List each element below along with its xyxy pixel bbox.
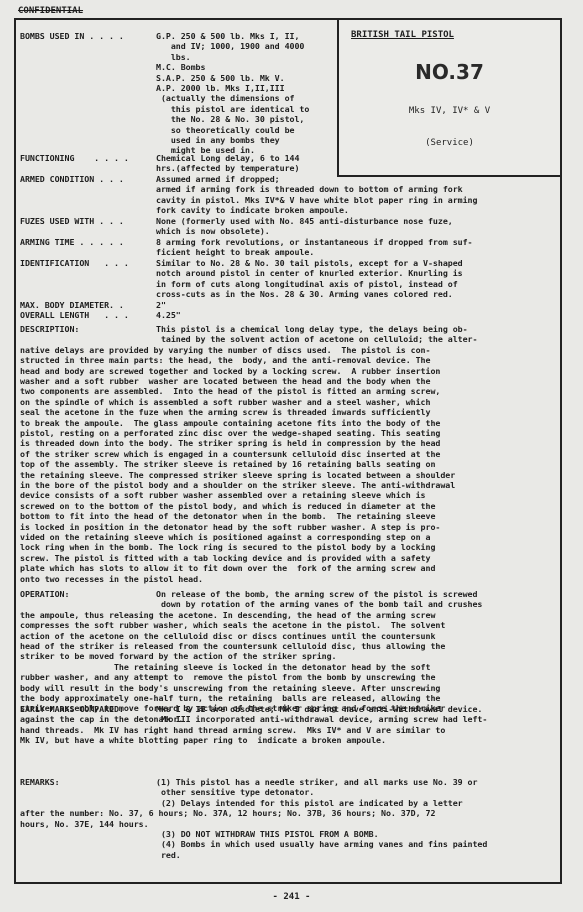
section-line: plate which has slots to allow it to fit… bbox=[20, 563, 435, 573]
section-label: REMARKS: bbox=[20, 777, 60, 787]
section-line: tained by the solvent action of acetone … bbox=[156, 334, 477, 344]
spec-label: BOMBS USED IN . . . . bbox=[20, 31, 124, 41]
spec-value: None (formerly used with No. 845 anti-di… bbox=[156, 216, 453, 237]
section-line: head of the striker is released from the… bbox=[20, 641, 445, 651]
spec-label: FUNCTIONING . . . . bbox=[20, 153, 129, 163]
page-number: - 241 - bbox=[0, 892, 583, 902]
spec-value: Similar to No. 28 & No. 30 tail pistols,… bbox=[156, 258, 463, 300]
section-line: (2) Delays intended for this pistol are … bbox=[156, 798, 463, 808]
section-line: the body approximately one-half turn, th… bbox=[20, 693, 440, 703]
section-line: the retaining sleeve. The compressed str… bbox=[20, 470, 455, 480]
section-line: vided on the retaining sleeve which is p… bbox=[20, 532, 430, 542]
section-line: is threaded down into the body. The stri… bbox=[20, 438, 440, 448]
section-line: is locked in position in the detonator h… bbox=[20, 522, 440, 532]
spec-label: IDENTIFICATION . . . bbox=[20, 258, 129, 268]
section-line: in the bore of the pistol body and a sho… bbox=[20, 480, 455, 490]
section-line: This pistol is a chemical long delay typ… bbox=[156, 324, 468, 334]
spec-value: Assumed armed if dropped; armed if armin… bbox=[156, 174, 477, 216]
section-line: bottom to fit into the head of the deton… bbox=[20, 511, 435, 521]
section-line: on the spindle of which is assembled a s… bbox=[20, 397, 430, 407]
title-marks: Mks IV, IV* & V bbox=[339, 106, 560, 116]
section-line: of the striker screw which is engaged in… bbox=[20, 449, 440, 459]
section-line: (1) This pistol has a needle striker, an… bbox=[156, 777, 477, 787]
section-line: head and body are screwed together and l… bbox=[20, 366, 440, 376]
spec-label: OVERALL LENGTH . . . bbox=[20, 310, 129, 320]
spec-value: Chemical Long delay, 6 to 144 hrs.(affec… bbox=[156, 153, 299, 174]
title-number: NO.37 bbox=[339, 60, 560, 84]
section-line: device consists of a soft rubber washer … bbox=[20, 490, 426, 500]
section-line: down by rotation of the arming vanes of … bbox=[156, 599, 482, 609]
spec-value: G.P. 250 & 500 lb. Mks I, II, and IV; 10… bbox=[156, 31, 309, 156]
section-line: (4) Bombs in which used usually have arm… bbox=[156, 839, 487, 849]
spec-label: ARMED CONDITION . . . bbox=[20, 174, 124, 184]
section-line: The retaining sleeve is locked in the de… bbox=[20, 662, 430, 672]
title-category: BRITISH TAIL PISTOL bbox=[351, 30, 454, 40]
spec-value: 8 arming fork revolutions, or instantane… bbox=[156, 237, 473, 258]
section-line: other sensitive type detonator. bbox=[156, 787, 314, 797]
section-line: striker to be moved forward by the actio… bbox=[20, 651, 337, 661]
section-line: lock ring when in the bomb. The lock rin… bbox=[20, 542, 435, 552]
section-line: two components are assembled. Into the h… bbox=[20, 386, 440, 396]
section-line: compresses the soft rubber washer, which… bbox=[20, 620, 445, 630]
section-line: body will result in the body's unscrewin… bbox=[20, 683, 440, 693]
section-label: OPERATION: bbox=[20, 589, 69, 599]
section-line: washer and a soft rubber washer are loca… bbox=[20, 376, 430, 386]
section-line: red. bbox=[156, 850, 181, 860]
section-line: pistol, resting on a perforated zinc dis… bbox=[20, 428, 440, 438]
section-line: onto two recesses in the pistol head. bbox=[20, 574, 203, 584]
title-box: BRITISH TAIL PISTOL NO.37 Mks IV, IV* & … bbox=[337, 18, 562, 177]
section-line: screwed on to the bottom of the pistol b… bbox=[20, 501, 435, 511]
section-line: (3) DO NOT WITHDRAW THIS PISTOL FROM A B… bbox=[156, 829, 379, 839]
section-line: screw. The pistol is fitted with a tab l… bbox=[20, 553, 430, 563]
section-line: the ampoule, thus releasing the acetone.… bbox=[20, 610, 435, 620]
section-line: Mk III incorporated anti-withdrawal devi… bbox=[156, 714, 487, 724]
section-line: Mk IV, but have a white blotting paper r… bbox=[20, 735, 386, 745]
section-line: seal the acetone in the fuze when the ar… bbox=[20, 407, 430, 417]
section-line: On release of the bomb, the arming screw… bbox=[156, 589, 477, 599]
title-status: (Service) bbox=[339, 138, 560, 148]
spec-value: 2" bbox=[156, 300, 166, 310]
section-line: hours, No. 37E, 144 hours. bbox=[20, 819, 149, 829]
section-label: DESCRIPTION: bbox=[20, 324, 79, 334]
section-line: rubber washer, and any attempt to remove… bbox=[20, 672, 435, 682]
section-label: EARLY MARKS COMPARED: bbox=[20, 704, 124, 714]
section-line: action of the acetone on the celluloid d… bbox=[20, 631, 435, 641]
section-line: after the number: No. 37, 6 hours; No. 3… bbox=[20, 808, 435, 818]
section-line: Mks I & II are obsolete; Mk I did not ha… bbox=[156, 704, 482, 714]
section-line: top of the assembly. The striker sleeve … bbox=[20, 459, 435, 469]
classification-label: CONFIDENTIAL bbox=[18, 6, 83, 16]
spec-label: MAX. BODY DIAMETER. . bbox=[20, 300, 124, 310]
section-line: to break the ampoule. The glass ampoule … bbox=[20, 418, 440, 428]
section-line: structed in three main parts: the head, … bbox=[20, 355, 430, 365]
section-line: native delays are provided by varying th… bbox=[20, 345, 430, 355]
spec-label: ARMING TIME . . . . . bbox=[20, 237, 124, 247]
spec-value: 4.25" bbox=[156, 310, 181, 320]
spec-label: FUZES USED WITH . . . bbox=[20, 216, 124, 226]
section-line: hand threads. Mk IV has right hand threa… bbox=[20, 725, 445, 735]
